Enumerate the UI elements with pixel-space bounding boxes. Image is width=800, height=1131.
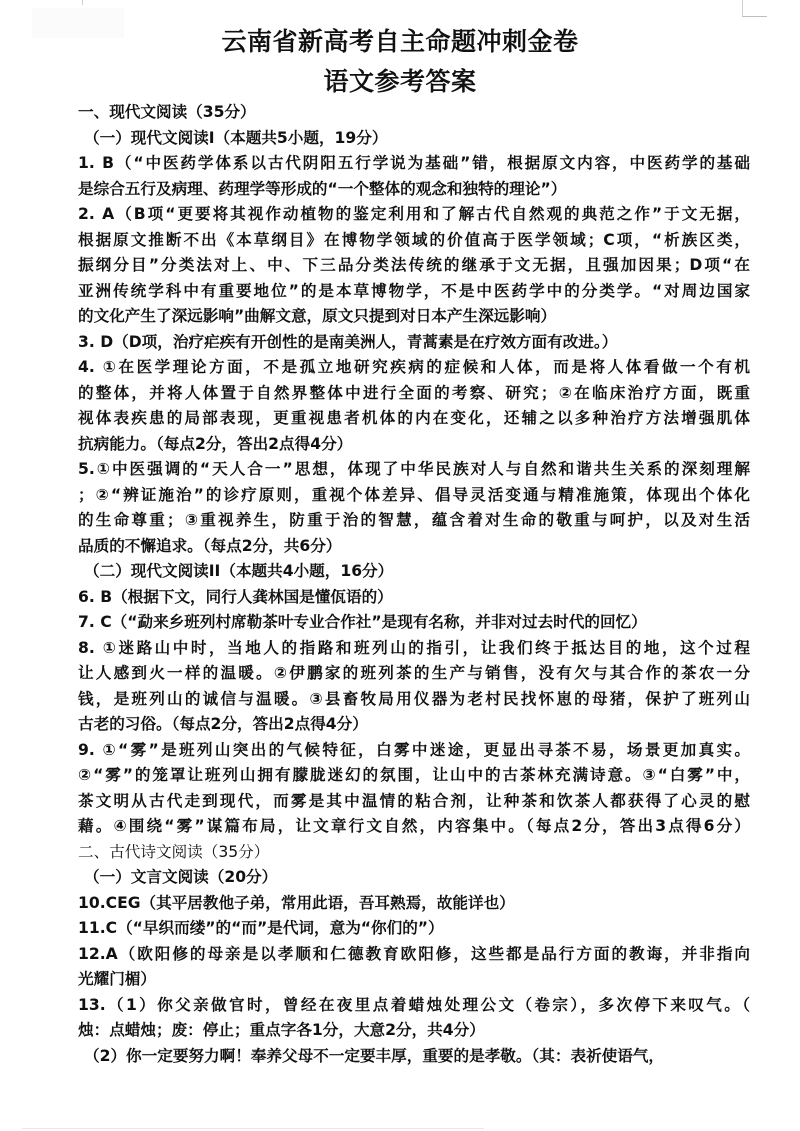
answer-line: 是综合五行及病理、药理学等形成的“一个整体的观念和独特的理论”） <box>78 177 750 203</box>
document-title: 云南省新高考自主命题冲刺金卷 <box>0 22 800 58</box>
page-bottom-edge <box>22 1128 484 1129</box>
subsection-heading: （一）文言文阅读（20分） <box>78 865 750 891</box>
answer-line: （2）你一定要努力啊！奉养父母不一定要丰厚，重要的是孝敬。（其：表祈使语气， <box>78 1044 750 1070</box>
answer-line: 6. B（根据下文，同行人龚林国是懂佤语的） <box>78 585 750 611</box>
answer-line: 钱，是班列山的诚信与温暖。③县畜牧局用仪器为老村民找怀崽的母猪，保护了班列山 <box>78 687 750 713</box>
answer-line: ；②“辨证施治”的诊疗原则，重视个体差异、倡导灵活变通与精准施策，体现出个体化 <box>78 483 750 509</box>
answer-line: 藉。④围绕“雾”谋篇布局，让文章行文自然，内容集中。（每点2分，答出3点得6分） <box>78 814 750 840</box>
answer-line: 视体表疾患的局部表现，更重视患者机体的内在变化，还辅之以多种治疗方法增强肌体 <box>78 406 750 432</box>
answer-content: 一、现代文阅读（35分）（一）现代文阅读I（本题共5小题，19分）1. B（“中… <box>78 100 750 1069</box>
section-heading: 一、现代文阅读（35分） <box>78 100 750 126</box>
answer-line: 抗病能力。（每点2分，答出2点得4分） <box>78 432 750 458</box>
answer-line: 烛：点蜡烛；废：停止；重点字各1分，大意2分，共4分） <box>78 1018 750 1044</box>
answer-line: 古老的习俗。（每点2分，答出2点得4分） <box>78 712 750 738</box>
section-heading: 二、古代诗文阅读（35分） <box>78 840 750 866</box>
answer-line: 让人感到火一样的温暖。②伊鹏家的班列茶的生产与销售，没有欠与其合作的茶农一分 <box>78 661 750 687</box>
answer-line: 振纲分目”分类法对上、中、下三品分类法传统的继承于文无据，且强加因果；D项“在 <box>78 253 750 279</box>
answer-line: 根据原文推断不出《本草纲目》在博物学领域的价值高于医学领域；C项，“析族区类， <box>78 228 750 254</box>
answer-line: 的文化产生了深远影响”曲解文意，原文只提到对日本产生深远影响） <box>78 304 750 330</box>
page-corner-mark <box>82 0 83 5</box>
answer-line: 12.A（欧阳修的母亲是以孝顺和仁德教育欧阳修，这些都是品行方面的教诲，并非指向 <box>78 942 750 968</box>
answer-line: 3. D（D项，治疗疟疾有开创性的是南美洲人，青蒿素是在疗效方面有改进。） <box>78 330 750 356</box>
answer-line: 茶文明从古代走到现代，而雾是其中温情的粘合剂，让种茶和饮茶人都获得了心灵的慰 <box>78 789 750 815</box>
subsection-heading: （一）现代文阅读I（本题共5小题，19分） <box>78 126 750 152</box>
answer-line: 11.C（“早织而缕”的“而”是代词，意为“你们的”） <box>78 916 750 942</box>
answer-line: 1. B（“中医药学体系以古代阴阳五行学说为基础”错，根据原文内容，中医药学的基… <box>78 151 750 177</box>
answer-line: 2. A（B项“更要将其视作动植物的鉴定利用和了解古代自然观的典范之作”于文无据… <box>78 202 750 228</box>
answer-line: ②“雾”的笼罩让班列山拥有朦胧迷幻的氛围，让山中的古茶林充满诗意。③“白雾”中， <box>78 763 750 789</box>
answer-line: 7. C（“勐来乡班列村席勒茶叶专业合作社”是现有名称，并非对过去时代的回忆） <box>78 610 750 636</box>
answer-line: 的整体，并将人体置于自然界整体中进行全面的考察、研究；②在临床治疗方面，既重 <box>78 381 750 407</box>
answer-line: 13.（1）你父亲做官时，曾经在夜里点着蜡烛处理公文（卷宗），多次停下来叹气。（ <box>78 993 750 1019</box>
answer-line: 8. ①迷路山中时，当地人的指路和班列山的指引，让我们终于抵达目的地，这个过程 <box>78 636 750 662</box>
answer-line: 10.CEG（其平居教他子弟，常用此语，吾耳熟焉，故能详也） <box>78 891 750 917</box>
answer-line: 的生命尊重；③重视养生，防重于治的智慧，蕴含着对生命的敬重与呵护，以及对生活 <box>78 508 750 534</box>
answer-line: 9. ①“雾”是班列山突出的气候特征，白雾中迷途，更显出寻茶不易，场景更加真实。 <box>78 738 750 764</box>
answer-line: 亚洲传统学科中有重要地位”的是本草博物学，不是中医药学中的分类学。“对周边国家 <box>78 279 750 305</box>
answer-line: 光耀门楣） <box>78 967 750 993</box>
answer-line: 4. ①在医学理论方面，不是孤立地研究疾病的症候和人体，而是将人体看做一个有机 <box>78 355 750 381</box>
answer-line: 5.①中医强调的“天人合一”思想，体现了中华民族对人与自然和谐共生关系的深刻理解 <box>78 457 750 483</box>
page-corner-mark <box>742 0 767 17</box>
subsection-heading: （二）现代文阅读II（本题共4小题，16分） <box>78 559 750 585</box>
document-subtitle: 语文参考答案 <box>0 62 800 98</box>
answer-line: 品质的不懈追求。（每点2分，共6分） <box>78 534 750 560</box>
